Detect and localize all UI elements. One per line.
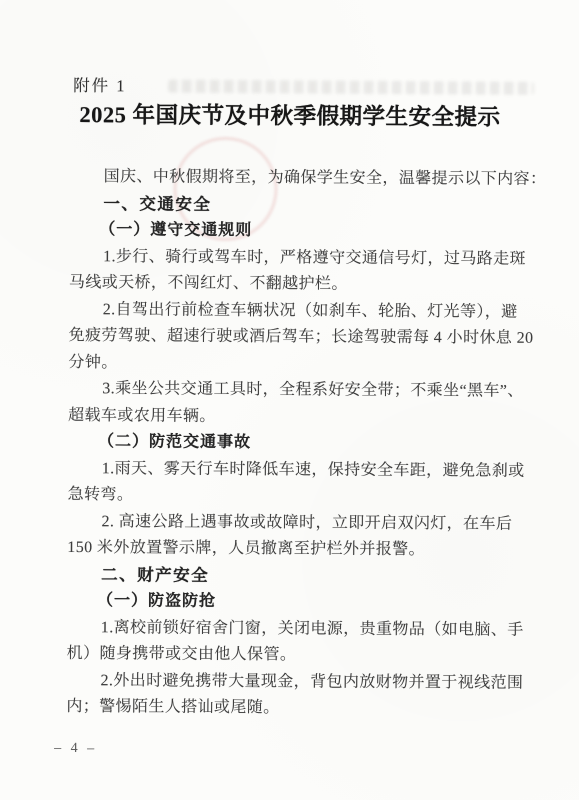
subsection-heading: （二）防范交通事故 [68, 429, 538, 458]
body-line: 机）随身携带或交由他人保管。 [67, 641, 537, 670]
intro-line: 国庆、中秋假期将至，为确保学生安全，温馨提示以下内容： [70, 164, 540, 193]
body-line: 1.步行、骑行或驾车时，严格遵守交通信号灯，过马路走斑 [69, 243, 539, 272]
document-body: 国庆、中秋假期将至，为确保学生安全，温馨提示以下内容： 一、交通安全 （一）遵守… [66, 164, 539, 723]
body-line: 150 米外放置警示牌，人员撤离至护栏外并报警。 [67, 535, 537, 564]
body-line: 马线或天桥，不闯红灯、不翻越护栏。 [69, 270, 539, 299]
body-line: 3.乘坐公共交通工具时，全程系好安全带；不乘坐“黑车”、 [68, 376, 538, 405]
subsection-heading: （一）遵守交通规则 [69, 217, 539, 246]
scan-rotation-wrapper: 附件 1 2025 年国庆节及中秋季假期学生安全提示 国庆、中秋假期将至，为确保… [0, 0, 579, 800]
document-title: 2025 年国庆节及中秋季假期学生安全提示 [40, 97, 540, 132]
section-heading: 二、财产安全 [67, 561, 537, 590]
body-line: 分钟。 [68, 349, 538, 378]
body-line: 免疲劳驾驶、超速行驶或酒后驾车；长途驾驶需每 4 小时休息 20 [69, 323, 539, 352]
body-line: 2.自驾出行前检查车辆状况（如刹车、轮胎、灯光等），避 [69, 296, 539, 325]
section-heading: 一、交通安全 [69, 190, 539, 219]
body-line: 2.外出时避免携带大量现金，背包内放财物并置于视线范围 [66, 667, 536, 696]
body-line: 2. 高速公路上遇事故或故障时，立即开启双闪灯，在车后 [67, 508, 537, 537]
bleed-through-smudge [168, 80, 534, 95]
body-line: 1.离校前锁好宿舍门窗，关闭电源，贵重物品（如电脑、手 [67, 614, 537, 643]
body-line: 急转弯。 [68, 482, 538, 511]
scanned-document-page: 附件 1 2025 年国庆节及中秋季假期学生安全提示 国庆、中秋假期将至，为确保… [0, 0, 579, 800]
body-line: 超载车或农用车辆。 [68, 402, 538, 431]
attachment-label: 附件 1 [73, 72, 127, 96]
body-line: 1.雨天、雾天行车时降低车速，保持安全车距，避免急刹或 [68, 455, 538, 484]
body-line: 内；警惕陌生人搭讪或尾随。 [66, 694, 536, 723]
subsection-heading: （一）防盗防抢 [67, 588, 537, 617]
page-number: – 4 – [54, 741, 97, 757]
